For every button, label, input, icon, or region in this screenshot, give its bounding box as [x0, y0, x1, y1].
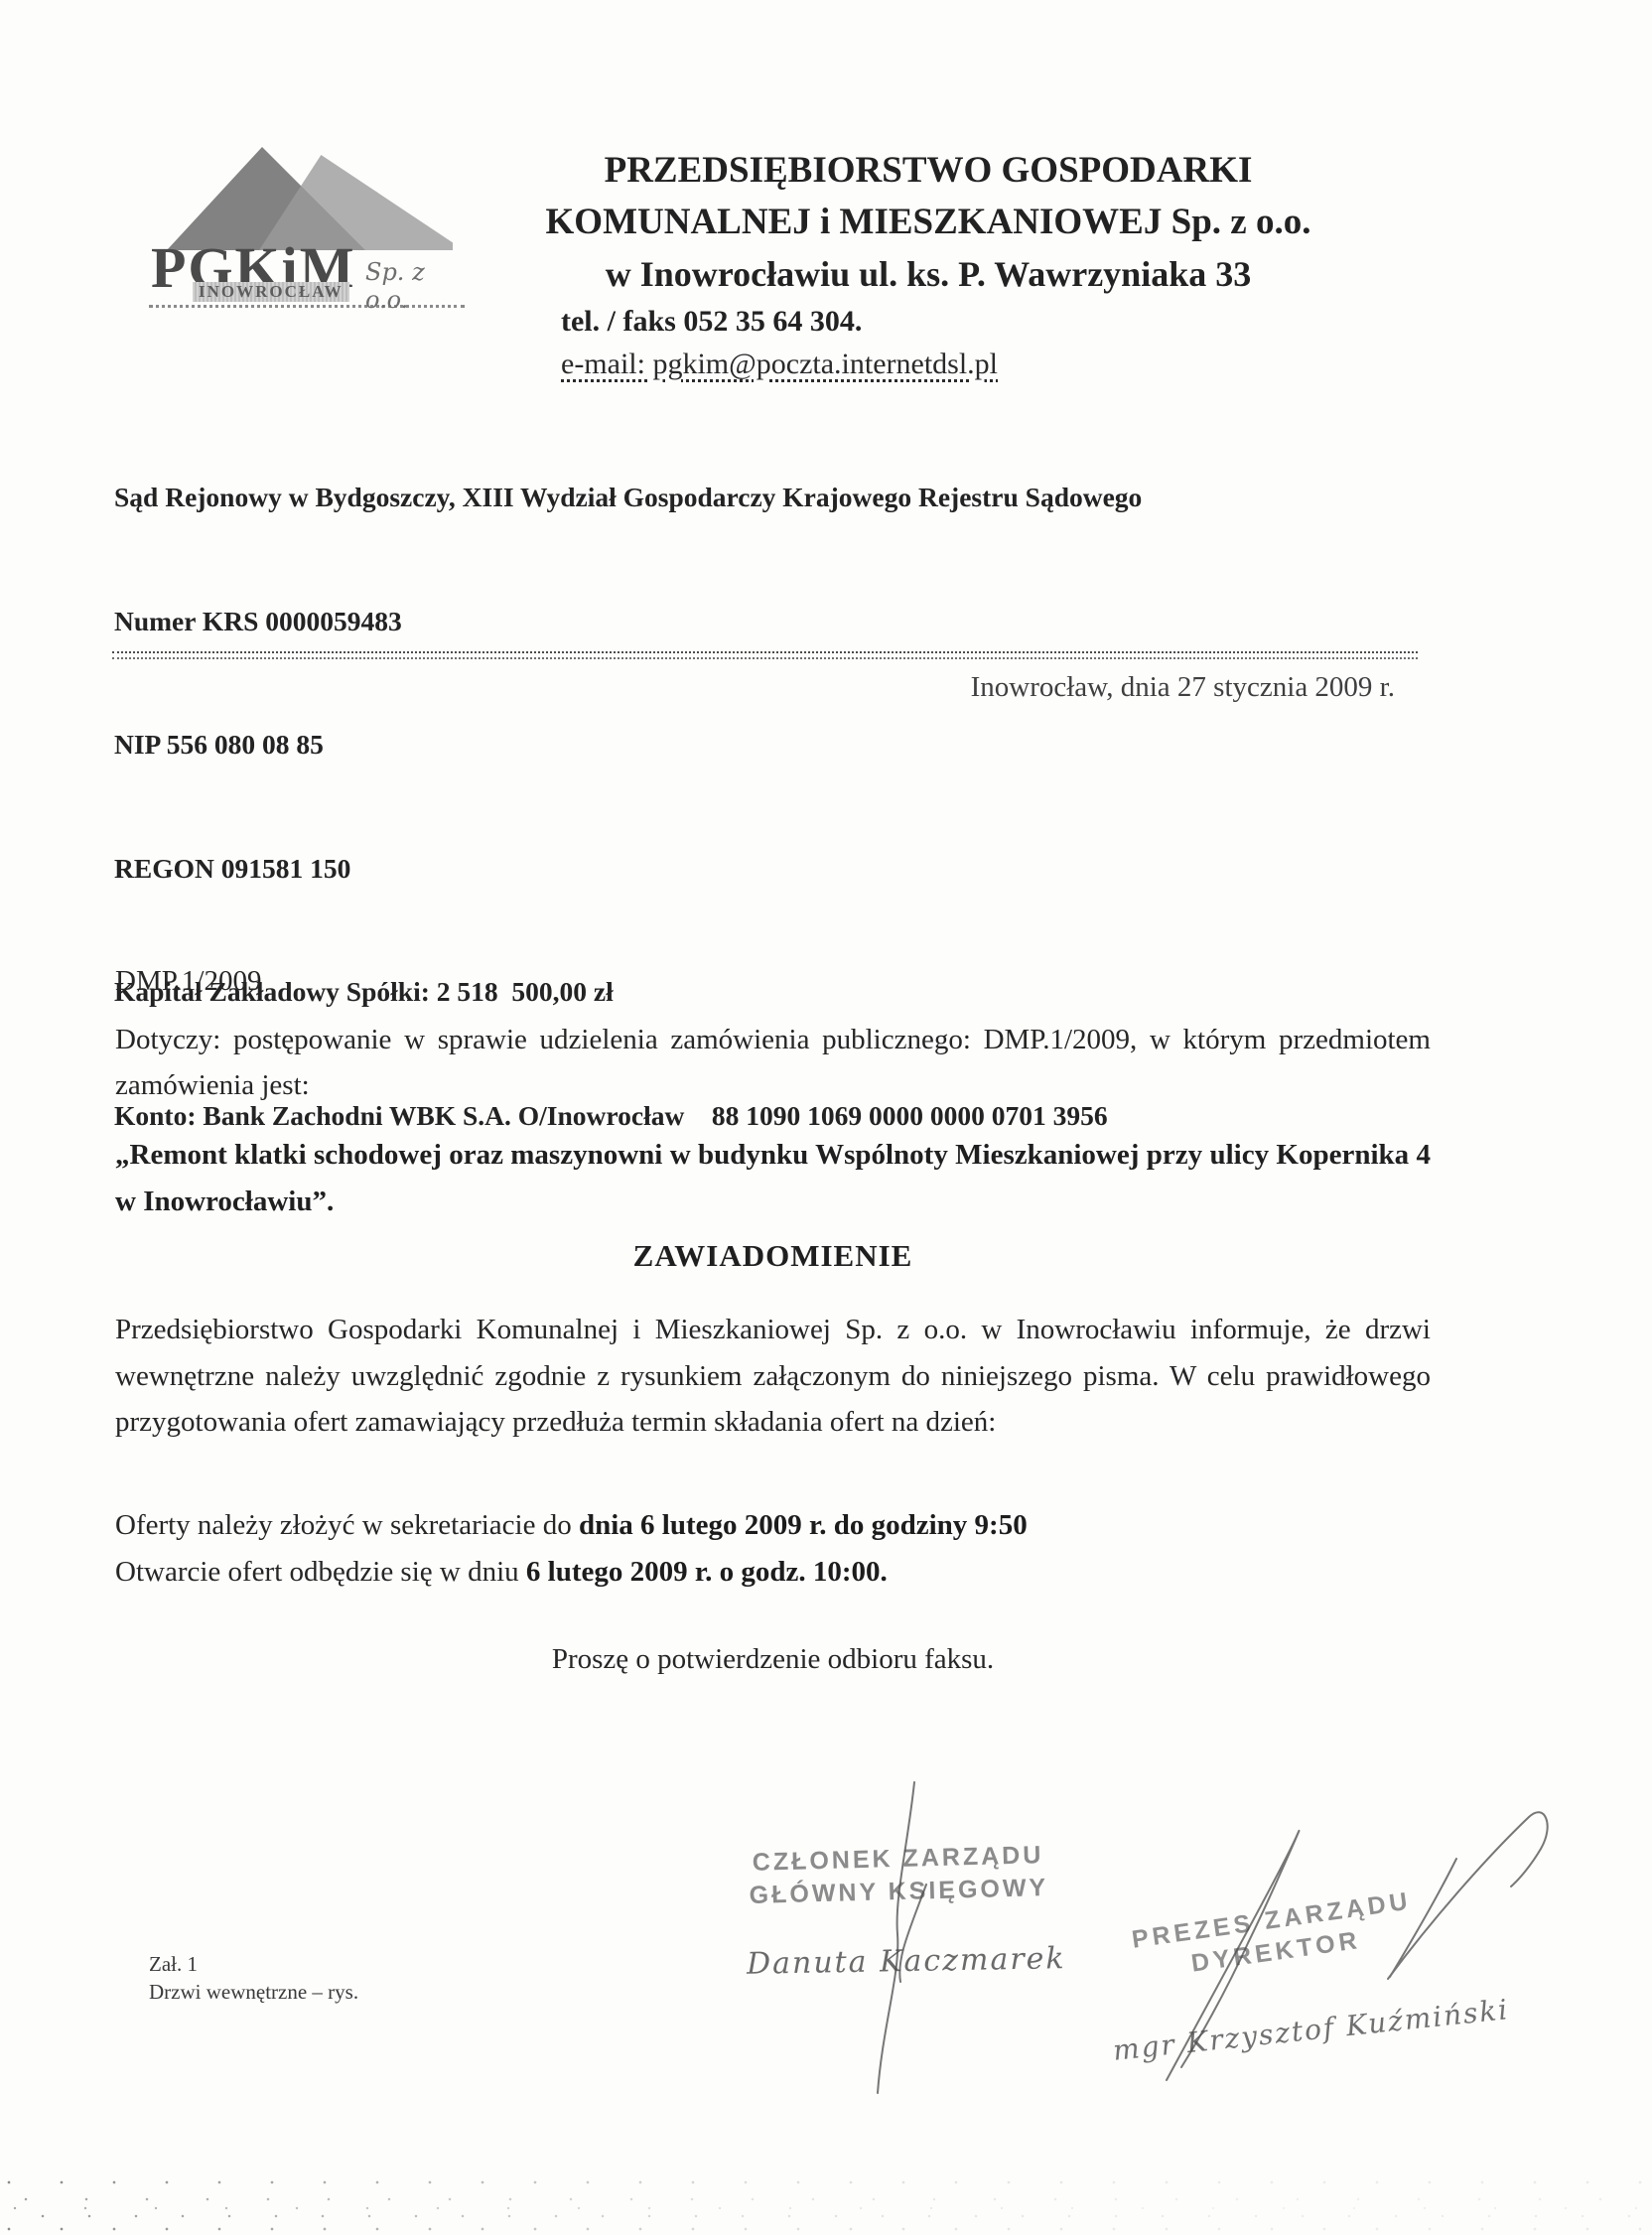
scanned-letter-page: PGKiM Sp. z o.o. INOWROCŁAW PRZEDSIĘBIOR… [0, 0, 1652, 2235]
submission-deadline-line: Oferty należy złożyć w sekretariacie do … [115, 1502, 1431, 1549]
deadlines-block: Oferty należy złożyć w sekretariacie do … [115, 1502, 1431, 1596]
opening-deadline-prefix: Otwarcie ofert odbędzie się w dniu [115, 1556, 526, 1588]
logo-city: INOWROCŁAW [193, 282, 349, 302]
letterhead: PRZEDSIĘBIORSTWO GOSPODARKI KOMUNALNEJ i… [501, 145, 1355, 385]
company-logo: PGKiM Sp. z o.o. INOWROCŁAW [149, 137, 465, 308]
submission-deadline-value: dnia 6 lutego 2009 r. do godziny 9:50 [579, 1509, 1028, 1541]
stamp-president: PREZES ZARZĄDU DYREKTOR [1107, 1882, 1441, 1990]
email-line: e-mail: pgkim@poczta.internetdsl.pl [501, 344, 1355, 385]
opening-deadline-line: Otwarcie ofert odbędzie się w dniu 6 lut… [115, 1549, 1431, 1596]
reference-number: DMP.1/2009 [115, 965, 261, 998]
attachment-line1: Zał. 1 [149, 1950, 358, 1978]
fax-confirmation-note: Proszę o potwierdzenie odbioru faksu. [115, 1643, 1431, 1676]
signature-name-left: Danuta Kaczmarek [747, 1941, 1066, 1982]
company-address: w Inowrocławiu ul. ks. P. Wawrzyniaka 33 [501, 248, 1355, 300]
company-name-line2: KOMUNALNEJ i MIESZKANIOWEJ Sp. z o.o. [501, 197, 1355, 248]
body-paragraph: Przedsiębiorstwo Gospodarki Komunalnej i… [115, 1307, 1431, 1446]
attachment-line2: Drzwi wewnętrzne – rys. [149, 1978, 358, 2006]
company-name-line1: PRZEDSIĘBIORSTWO GOSPODARKI [501, 145, 1355, 197]
notice-heading: ZAWIADOMIENIE [115, 1238, 1431, 1274]
opening-deadline-value: 6 lutego 2009 r. o godz. 10:00. [526, 1556, 888, 1588]
attachment-note: Zał. 1 Drzwi wewnętrzne – rys. [149, 1950, 358, 2006]
registry-court: Sąd Rejonowy w Bydgoszczy, XIII Wydział … [114, 477, 1440, 518]
registry-nip: NIP 556 080 08 85 [114, 724, 1440, 766]
dotted-separator [112, 651, 1418, 659]
submission-deadline-prefix: Oferty należy złożyć w sekretariacie do [115, 1509, 579, 1541]
signature-name-right: mgr Krzysztof Kuźmiński [1111, 1993, 1510, 2067]
registry-capital: Kapitał Zakładowy Spółki: 2 518 500,00 z… [114, 971, 1440, 1013]
registry-krs: Numer KRS 0000059483 [114, 601, 1440, 642]
stamp-board-member: CZŁONEK ZARZĄDU GŁÓWNY KSIĘGOWY [724, 1838, 1073, 1912]
date-line: Inowrocław, dnia 27 stycznia 2009 r. [114, 671, 1395, 704]
regarding-paragraph: Dotyczy: postępowanie w sprawie udzielen… [115, 1017, 1431, 1108]
subject-paragraph: „Remont klatki schodowej oraz maszynowni… [115, 1132, 1431, 1225]
scan-noise-band [0, 2175, 1652, 2235]
logo-suffix: Sp. z o.o. [365, 258, 465, 314]
phone-fax-line: tel. / faks 052 35 64 304. [501, 300, 1355, 344]
registry-regon: REGON 091581 150 [114, 848, 1440, 890]
